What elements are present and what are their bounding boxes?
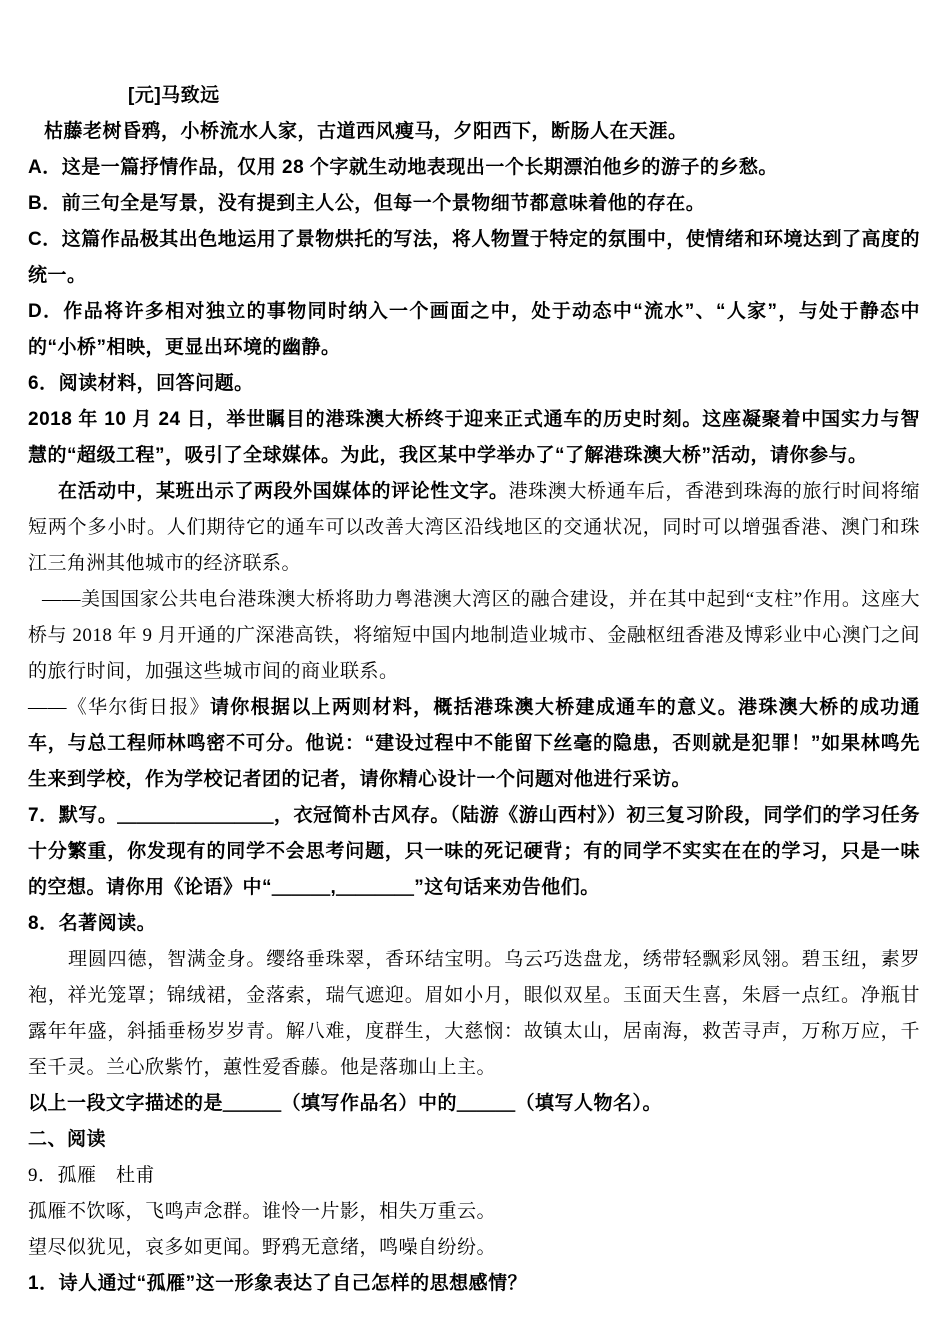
- q5-option-d: D．作品将许多相对独立的事物同时纳入一个画面之中，处于动态中“流水”、“人家”，…: [28, 294, 920, 366]
- q5-option-b: B．前三句全是写景，没有提到主人公，但每一个景物细节都意味着他的存在。: [28, 186, 920, 222]
- q7-dictation: 7．默写。＿＿＿＿＿＿＿＿，衣冠简朴古风存。（陆游《游山西村》）初三复习阶段，同…: [28, 798, 920, 906]
- q5-option-a: A．这是一篇抒情作品，仅用 28 个字就生动地表现出一个长期漂泊他乡的游子的乡愁…: [28, 150, 920, 186]
- q9-sub-question-1: 1．诗人通过“孤雁”这一形象表达了自己怎样的思想感情？: [28, 1266, 920, 1302]
- q5-author-title: [元]马致远: [128, 78, 950, 114]
- q6-material-paragraph-3-npr-quote: ——美国国家公共电台港珠澳大桥将助力粤港澳大湾区的融合建设，并在其中起到“支柱”…: [28, 582, 920, 690]
- q6-material-paragraph-2: 在活动中，某班出示了两段外国媒体的评论性文字。港珠澳大桥通车后，香港到珠海的旅行…: [28, 474, 920, 582]
- q8-fill-in-question: 以上一段文字描述的是＿＿＿（填写作品名）中的＿＿＿（填写人物名）。: [28, 1086, 920, 1122]
- exam-document-page: [元]马致远 枯藤老树昏鸦，小桥流水人家，古道西风瘦马，夕阳西下，断肠人在天涯。…: [0, 0, 950, 1344]
- q5-poem-tianjingsha: 枯藤老树昏鸦，小桥流水人家，古道西风瘦马，夕阳西下，断肠人在天涯。: [28, 114, 920, 150]
- q9-poem-line-2: 望尽似犹见，哀多如更闻。野鸦无意绪，鸣噪自纷纷。: [28, 1230, 920, 1266]
- section-2-heading: 二、阅读: [28, 1122, 920, 1158]
- q8-literature-passage: 理圆四德，智满金身。缨络垂珠翠，香环结宝明。乌云巧迭盘龙，绣带轻飘彩凤翎。碧玉纽…: [28, 942, 920, 1086]
- q6-paragraph-2-lead: 在活动中，某班出示了两段外国媒体的评论性文字。: [58, 481, 509, 502]
- q8-label: 8．名著阅读。: [28, 906, 920, 942]
- q6-material-paragraph-4: ——《华尔街日报》请你根据以上两则材料，概括港珠澳大桥建成通车的意义。港珠澳大桥…: [28, 690, 920, 798]
- q6-material-paragraph-1: 2018 年 10 月 24 日，举世瞩目的港珠澳大桥终于迎来正式通车的历史时刻…: [28, 402, 920, 474]
- q5-option-c: C．这篇作品极其出色地运用了景物烘托的写法，将人物置于特定的氛围中，使情绪和环境…: [28, 222, 920, 294]
- q9-poem-line-1: 孤雁不饮啄，飞鸣声念群。谁怜一片影，相失万重云。: [28, 1194, 920, 1230]
- q6-source-wsj: ——《华尔街日报》: [28, 697, 210, 718]
- q9-poem-title-and-author: 9．孤雁 杜甫: [28, 1158, 920, 1194]
- q6-label: 6．阅读材料，回答问题。: [28, 366, 920, 402]
